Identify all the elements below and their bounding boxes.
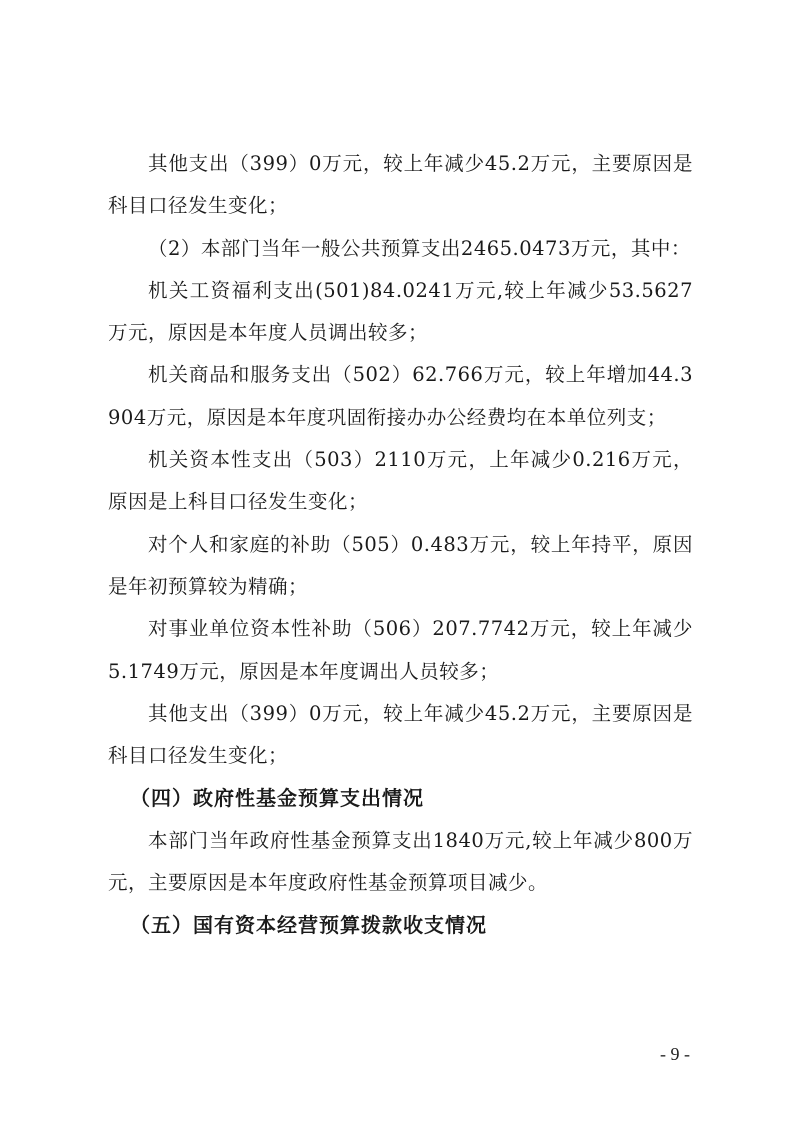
paragraph-goods-services-502: 机关商品和服务支出（502）62.766万元，较上年增加44.3904万元，原因… [108,354,693,439]
page-number: - 9 - [660,1044,690,1065]
paragraph-general-budget-total: （2）本部门当年一般公共预算支出2465.0473万元，其中： [108,228,693,270]
paragraph-other-expenditure-1: 其他支出（399）0万元，较上年减少45.2万元，主要原因是科目口径发生变化； [108,143,693,228]
paragraph-government-fund-expenditure: 本部门当年政府性基金预算支出1840万元,较上年减少800万元，主要原因是本年度… [108,820,693,905]
paragraph-individual-subsidy-505: 对个人和家庭的补助（505）0.483万元，较上年持平，原因是年初预算较为精确； [108,524,693,609]
paragraph-institution-subsidy-506: 对事业单位资本性补助（506）207.7742万元，较上年减少5.1749万元，… [108,608,693,693]
document-body: 其他支出（399）0万元，较上年减少45.2万元，主要原因是科目口径发生变化； … [108,143,693,947]
paragraph-capital-503: 机关资本性支出（503）2110万元，上年减少0.216万元，原因是上科目口径发… [108,439,693,524]
paragraph-salary-welfare-501: 机关工资福利支出(501)84.0241万元,较上年减少53.5627万元，原因… [108,270,693,355]
section-heading-government-fund: （四）政府性基金预算支出情况 [108,777,693,819]
section-heading-state-capital: （五）国有资本经营预算拨款收支情况 [108,904,693,946]
paragraph-other-expenditure-2: 其他支出（399）0万元，较上年减少45.2万元，主要原因是科目口径发生变化； [108,693,693,778]
document-page: 其他支出（399）0万元，较上年减少45.2万元，主要原因是科目口径发生变化； … [0,0,793,1122]
